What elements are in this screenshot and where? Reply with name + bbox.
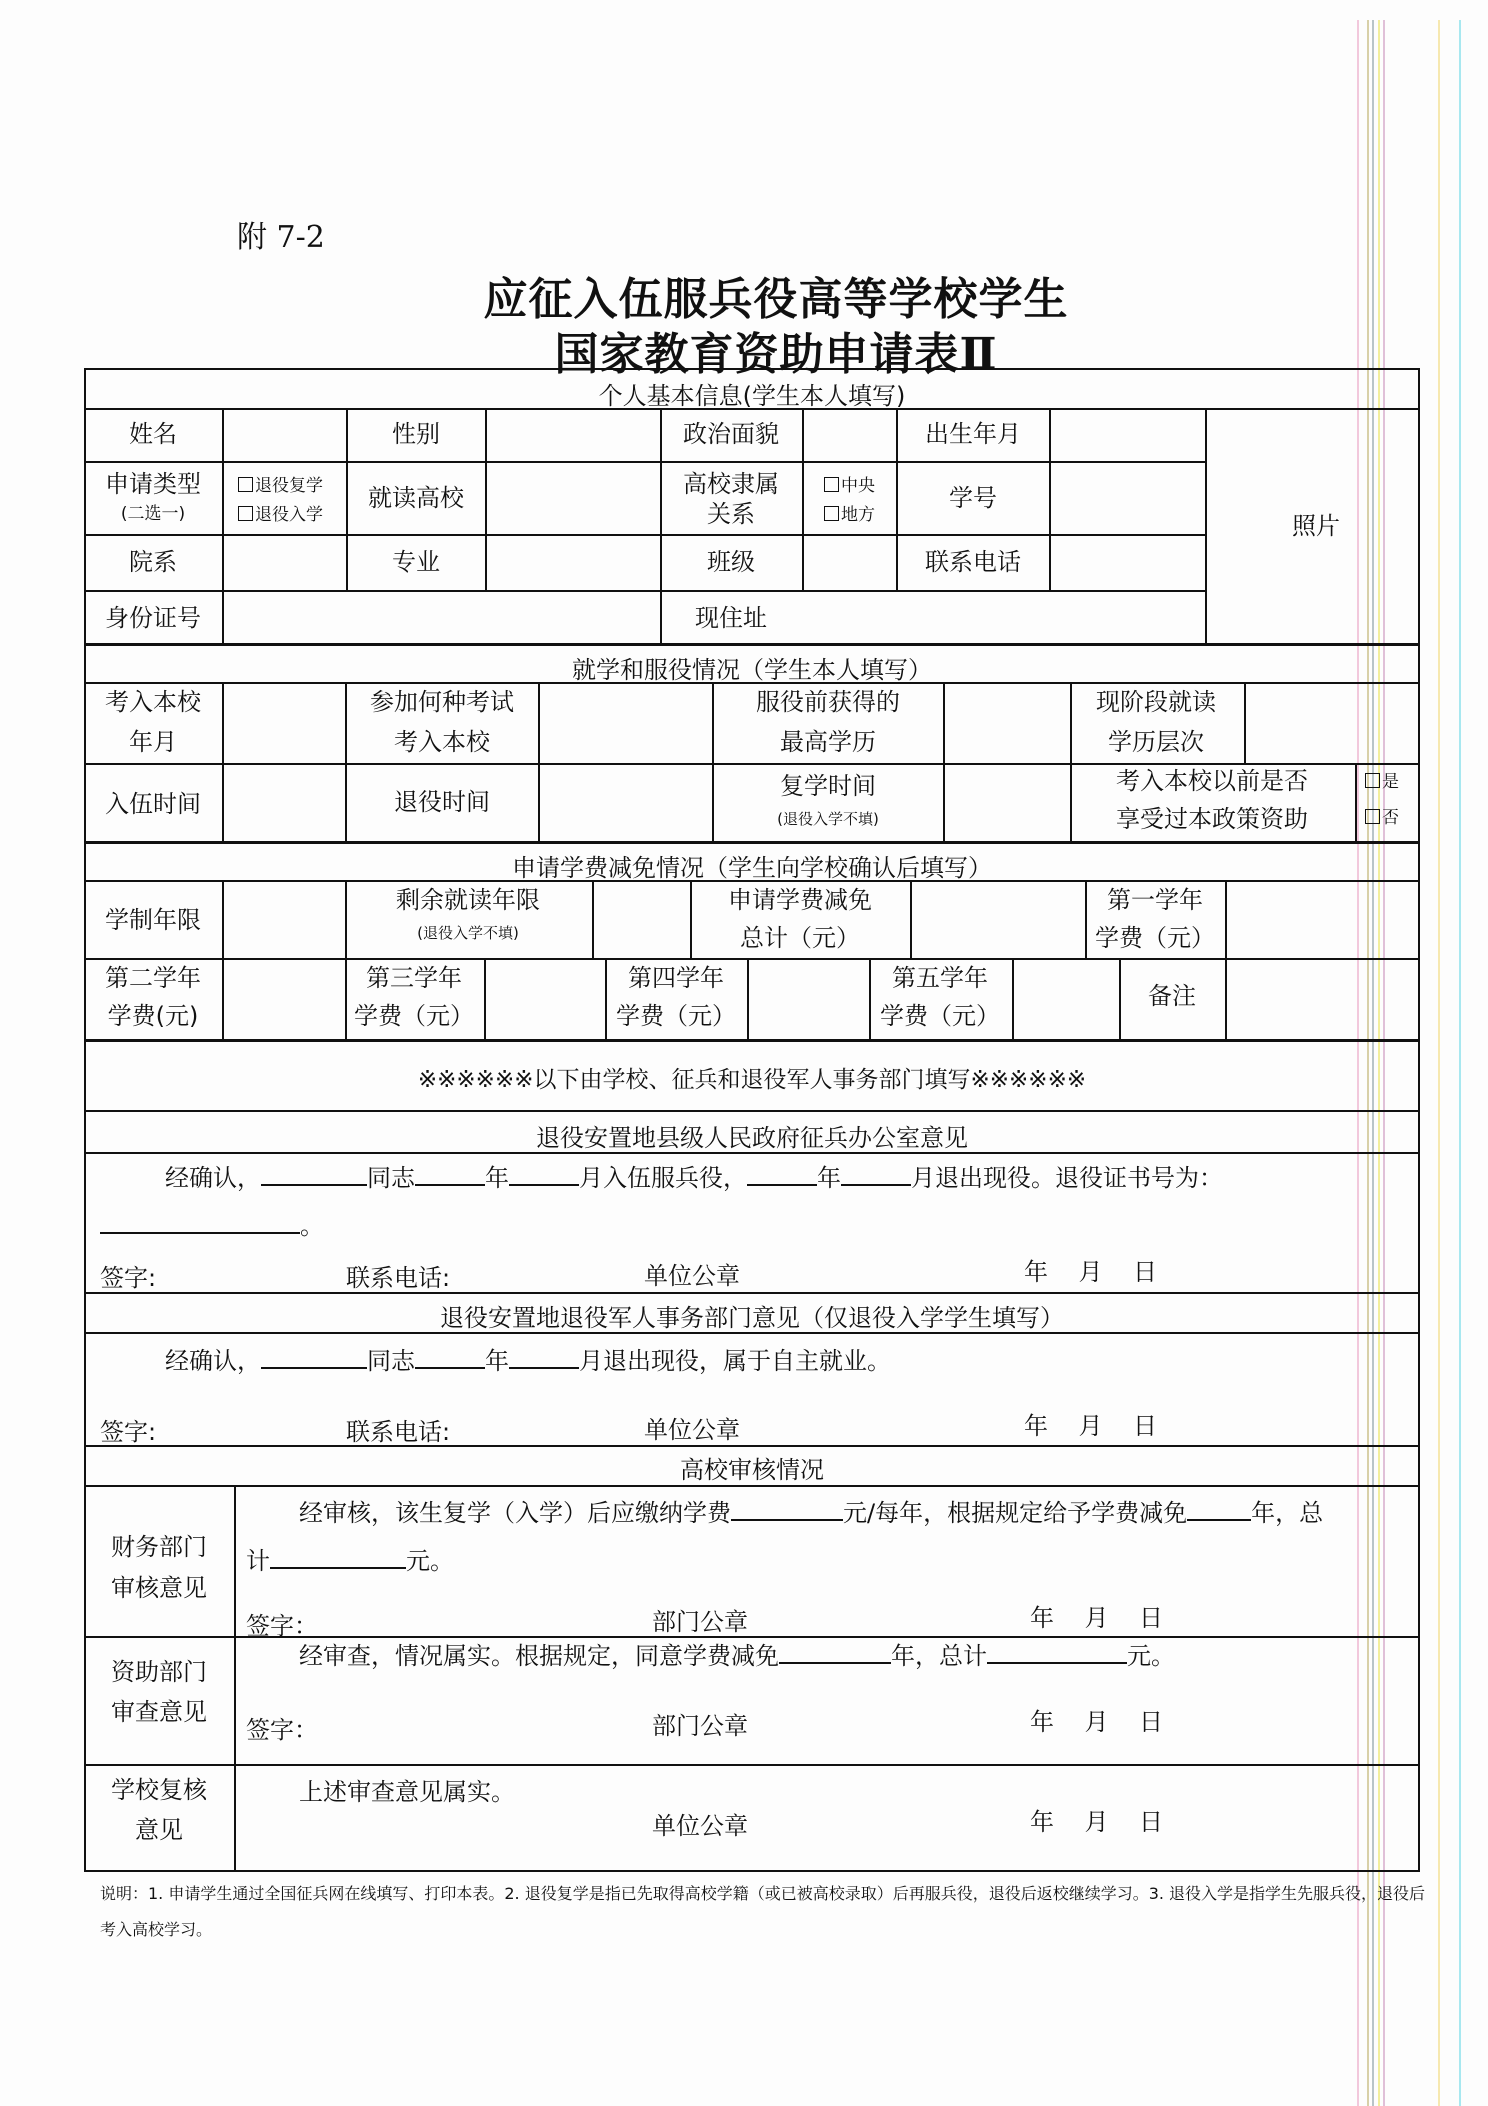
label-year4-fee-1: 第四学年 [628, 964, 724, 993]
label-birth-date: 出生年月 [925, 420, 1021, 449]
finance-statement-line-1: 经审核，该生复学（入学）后应缴纳学费元/每年，根据规定给予学费减免年，总 [299, 1497, 1323, 1528]
aid-date-label: 年 月 日 [1030, 1708, 1163, 1737]
year5-fee-field[interactable] [1014, 960, 1119, 1039]
discharge-time-field[interactable] [540, 765, 712, 841]
name-field[interactable] [224, 410, 346, 461]
comrade-name-blank[interactable] [261, 1345, 367, 1369]
label-year1-fee-2: 学费（元） [1095, 924, 1215, 953]
political-status-field[interactable] [804, 410, 896, 461]
recruit-office-statement: 经确认，同志年月入伍服兵役，年月退出现役。退役证书号为： [165, 1162, 1223, 1193]
label-year3-fee-1: 第三学年 [366, 964, 462, 993]
label-apply-type-sub: (二选一) [121, 504, 185, 524]
aid-reduction-years-blank[interactable] [779, 1640, 891, 1664]
label-school: 就读高校 [368, 484, 464, 513]
option-prior-aid-no[interactable]: 否 [1365, 808, 1399, 828]
class-field[interactable] [804, 536, 896, 590]
phone-field[interactable] [1051, 536, 1205, 590]
veteran-sign-label: 签字: [100, 1418, 156, 1447]
recheck-seal-label: 单位公章 [652, 1812, 748, 1841]
id-card-field[interactable] [224, 592, 660, 643]
birth-date-field[interactable] [1051, 410, 1205, 461]
label-prior-aid-1: 考入本校以前是否 [1116, 767, 1308, 796]
label-fee-total-1: 申请学费减免 [728, 886, 872, 915]
option-enroll-study[interactable]: 退役入学 [238, 505, 323, 525]
reduction-years-blank[interactable] [1187, 1497, 1251, 1521]
enlist-time-field[interactable] [224, 765, 345, 841]
student-id-field[interactable] [1051, 463, 1205, 534]
label-resume-time-sub: (退役入学不填) [777, 810, 879, 828]
label-exam-1: 参加何种考试 [370, 688, 514, 717]
label-affiliation-2: 关系 [707, 500, 755, 529]
enlist-month-blank[interactable] [509, 1162, 579, 1186]
label-year1-fee-1: 第一学年 [1107, 886, 1203, 915]
label-phone: 联系电话 [925, 548, 1021, 577]
gender-field[interactable] [487, 410, 660, 461]
veteran-dept-statement: 经确认，同志年月退出现役，属于自主就业。 [165, 1345, 891, 1376]
checkbox-icon [824, 477, 839, 492]
label-admit-date-1: 考入本校 [105, 688, 201, 717]
certificate-number-blank[interactable] [100, 1210, 300, 1234]
label-id-card: 身份证号 [105, 604, 201, 633]
recruit-date-label: 年 月 日 [1024, 1258, 1157, 1287]
label-current-level-1: 现阶段就读 [1096, 688, 1216, 717]
recheck-date-label: 年 月 日 [1030, 1808, 1163, 1837]
label-recheck-2: 意见 [135, 1816, 183, 1845]
finance-seal-label: 部门公章 [652, 1608, 748, 1637]
label-recheck-1: 学校复核 [111, 1776, 207, 1805]
section-fee-title: 申请学费减免情况（学生向学校确认后填写） [86, 848, 1418, 883]
finance-statement-line-2: 计元。 [246, 1545, 454, 1576]
section-personal-title: 个人基本信息(学生本人填写) [86, 376, 1418, 411]
label-finance-1: 财务部门 [111, 1533, 207, 1562]
label-resume-time: 复学时间 [780, 772, 876, 801]
veteran-seal-label: 单位公章 [644, 1416, 740, 1445]
option-resume-study[interactable]: 退役复学 [238, 476, 323, 496]
label-admit-date-2: 年月 [129, 728, 177, 757]
photo-placeholder[interactable]: 照片 [1292, 512, 1340, 541]
aid-sign-label: 签字： [246, 1716, 318, 1745]
year2-fee-field[interactable] [224, 960, 345, 1039]
highest-edu-field[interactable] [945, 684, 1070, 763]
label-student-id: 学号 [949, 484, 997, 513]
label-year4-fee-2: 学费（元） [616, 1002, 736, 1031]
label-year5-fee-1: 第五学年 [892, 964, 988, 993]
option-local[interactable]: 地方 [824, 505, 875, 525]
enlist-year-blank[interactable] [415, 1162, 485, 1186]
label-affiliation-1: 高校隶属 [683, 470, 779, 499]
label-gender: 性别 [392, 420, 440, 449]
section-service-title: 就学和服役情况（学生本人填写） [86, 650, 1418, 685]
checkbox-icon [824, 506, 839, 521]
section-recruit-office-title: 退役安置地县级人民政府征兵办公室意见 [86, 1118, 1418, 1153]
label-discharge-time: 退役时间 [394, 788, 490, 817]
certificate-number-line: 。 [100, 1210, 324, 1241]
label-year2-fee-1: 第二学年 [105, 964, 201, 993]
finance-date-label: 年 月 日 [1030, 1604, 1163, 1633]
aid-seal-label: 部门公章 [652, 1712, 748, 1741]
department-field[interactable] [224, 536, 346, 590]
admit-date-field[interactable] [224, 684, 345, 763]
label-year5-fee-2: 学费（元） [880, 1002, 1000, 1031]
label-name: 姓名 [129, 420, 177, 449]
attachment-label: 附 7-2 [237, 212, 325, 256]
label-class: 班级 [707, 548, 755, 577]
label-major: 专业 [392, 548, 440, 577]
label-exam-2: 考入本校 [394, 728, 490, 757]
recruit-sign-label: 签字: [100, 1264, 156, 1293]
label-year3-fee-2: 学费（元） [354, 1002, 474, 1031]
remarks-field[interactable] [1227, 960, 1418, 1039]
label-remarks: 备注 [1148, 982, 1196, 1011]
address-field[interactable] [662, 592, 1205, 643]
label-current-level-2: 学历层次 [1108, 728, 1204, 757]
label-prior-aid-2: 享受过本政策资助 [1116, 805, 1308, 834]
label-highest-edu-1: 服役前获得的 [756, 688, 900, 717]
label-finance-2: 审核意见 [111, 1574, 207, 1603]
exam-field[interactable] [540, 684, 712, 763]
label-highest-edu-2: 最高学历 [780, 728, 876, 757]
discharge-month-blank[interactable] [841, 1162, 911, 1186]
label-year2-fee-2: 学费(元) [108, 1002, 199, 1031]
official-section-divider: ※※※※※※以下由学校、征兵和退役军人事务部门填写※※※※※※ [86, 1061, 1418, 1094]
fee-total-field[interactable] [912, 882, 1085, 958]
checkbox-icon [238, 477, 253, 492]
school-duration-field[interactable] [224, 882, 345, 958]
year4-fee-field[interactable] [749, 960, 869, 1039]
recruit-phone-label: 联系电话: [346, 1264, 450, 1293]
section-veteran-dept-title: 退役安置地退役军人事务部门意见（仅退役入学学生填写） [86, 1298, 1418, 1333]
aid-total-amount-blank[interactable] [987, 1640, 1127, 1664]
year3-fee-field[interactable] [486, 960, 605, 1039]
label-aid-2: 审查意见 [111, 1698, 207, 1727]
option-central[interactable]: 中央 [824, 476, 875, 496]
option-prior-aid-yes[interactable]: 是 [1365, 772, 1399, 792]
label-remaining-years: 剩余就读年限 [396, 886, 540, 915]
annual-fee-blank[interactable] [731, 1497, 843, 1521]
veteran-date-label: 年 月 日 [1024, 1412, 1157, 1441]
label-school-duration: 学制年限 [105, 906, 201, 935]
comrade-name-blank[interactable] [261, 1162, 367, 1186]
school-field[interactable] [487, 463, 660, 534]
label-aid-1: 资助部门 [111, 1658, 207, 1687]
remaining-years-field[interactable] [594, 882, 690, 958]
label-fee-total-2: 总计（元） [740, 924, 860, 953]
year1-fee-field[interactable] [1227, 882, 1418, 958]
label-remaining-years-sub: (退役入学不填) [417, 924, 519, 942]
checkbox-icon [1365, 773, 1380, 788]
current-level-field[interactable] [1246, 684, 1418, 763]
veteran-phone-label: 联系电话: [346, 1418, 450, 1447]
label-enlist-time: 入伍时间 [105, 790, 201, 819]
major-field[interactable] [487, 536, 660, 590]
checkbox-icon [1365, 809, 1380, 824]
discharge-year-blank[interactable] [415, 1345, 485, 1369]
form-title-line-2: 国家教育资助申请表Ⅱ [32, 318, 1488, 382]
aid-statement: 经审查，情况属实。根据规定，同意学费减免年，总计元。 [299, 1640, 1175, 1671]
recruit-seal-label: 单位公章 [644, 1262, 740, 1291]
section-school-review-title: 高校审核情况 [86, 1450, 1418, 1485]
checkbox-icon [238, 506, 253, 521]
footnote: 说明：1. 申请学生通过全国征兵网在线填写、打印本表。2. 退役复学是指已先取得… [100, 1876, 1430, 1948]
discharge-month-blank[interactable] [509, 1345, 579, 1369]
total-amount-blank[interactable] [270, 1545, 406, 1569]
label-political-status: 政治面貌 [683, 420, 779, 449]
resume-time-field[interactable] [945, 765, 1070, 841]
label-department: 院系 [129, 548, 177, 577]
discharge-year-blank[interactable] [747, 1162, 817, 1186]
recheck-statement: 上述审查意见属实。 [299, 1778, 515, 1807]
label-apply-type: 申请类型 [105, 470, 201, 499]
